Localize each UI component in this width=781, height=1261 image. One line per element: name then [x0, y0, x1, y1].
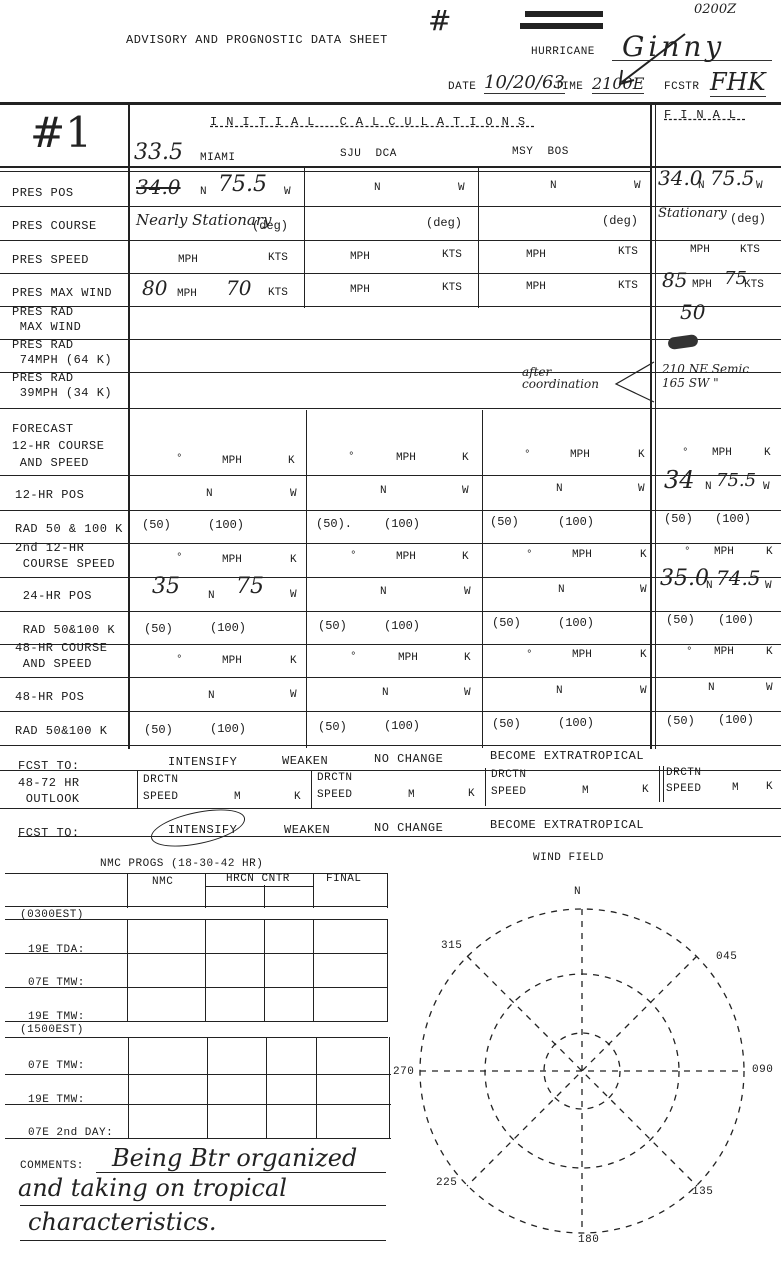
degree-symbol: °	[526, 549, 533, 561]
degree-symbol: °	[176, 552, 183, 564]
pres-pos-lat-struck: 34.0	[136, 175, 181, 199]
drctn-label: DRCTN	[143, 774, 179, 786]
speed-label: SPEED	[317, 789, 353, 801]
col-header-sju-dca: SJU DCA	[340, 148, 397, 160]
kts-label: KTS	[744, 279, 764, 291]
mph-label: MPH	[177, 288, 197, 300]
k-label: K	[640, 649, 647, 661]
hash-mark: #	[428, 4, 451, 37]
wind-field-diagram	[390, 880, 781, 1261]
wind-label-180: 180	[578, 1234, 599, 1246]
nmc-line	[5, 1074, 391, 1075]
rad-100-label: (100)	[210, 722, 246, 736]
row-line	[0, 339, 781, 340]
n-label: N	[556, 483, 563, 495]
nmc-vline	[207, 1037, 208, 1138]
degree-symbol: °	[684, 546, 691, 558]
mph-label: MPH	[222, 455, 242, 467]
kts-label: KTS	[618, 280, 638, 292]
nmc-line	[5, 1037, 388, 1038]
row-label-pres-rad-74: PRES RAD 74MPH (64 K)	[12, 338, 112, 368]
n-label: N	[550, 180, 557, 192]
nmc-vline	[313, 919, 314, 1021]
m-label: M	[732, 782, 739, 794]
rad-50-label: (50)	[492, 717, 521, 731]
label-column-divider	[128, 103, 130, 749]
after-coordination-note: after coordination	[522, 366, 612, 390]
rad-100-label: (100)	[208, 518, 244, 532]
row-line	[0, 745, 781, 746]
degree-symbol: °	[350, 651, 357, 663]
rad-100-label: (100)	[558, 716, 594, 730]
k-label: K	[766, 646, 773, 658]
mph-label: MPH	[396, 551, 416, 563]
fcst1-option-weaken[interactable]: WEAKEN	[282, 754, 328, 768]
row-label-2nd-12hr: 2nd 12-HR COURSE SPEED	[15, 540, 115, 572]
rad-100-label: (100)	[558, 616, 594, 630]
rad-50-label: (50)	[144, 723, 173, 737]
w-label: W	[462, 485, 469, 497]
col-divider-2a	[478, 168, 479, 308]
drctn-label: DRCTN	[317, 772, 353, 784]
final-column-divider-left	[650, 103, 652, 749]
final-column-divider-right	[655, 103, 656, 749]
mph-label: MPH	[572, 649, 592, 661]
n-label: N	[706, 580, 713, 592]
rad-50-label: (50).	[316, 517, 352, 531]
n-label: N	[556, 685, 563, 697]
fcst2-option-weaken[interactable]: WEAKEN	[284, 823, 330, 837]
w-label: W	[290, 488, 297, 500]
bracket-arrow-icon	[610, 360, 658, 404]
speed-label: SPEED	[666, 783, 702, 795]
kts-label: KTS	[442, 249, 462, 261]
m-label: M	[234, 791, 241, 803]
n-label: N	[382, 687, 389, 699]
mph-label: MPH	[714, 646, 734, 658]
row-label-forecast-12hr: FORECAST 12-HR COURSE AND SPEED	[12, 421, 104, 472]
w-label: W	[638, 483, 645, 495]
row-label-rad-50-100: RAD 50 & 100 K	[15, 522, 123, 536]
row-line	[0, 808, 781, 809]
fcstr-label: FCSTR	[664, 81, 700, 93]
row-label-pres-rad-39: PRES RAD 39MPH (34 K)	[12, 371, 112, 401]
nmc-vline	[128, 1037, 129, 1138]
wind-label-270: 270	[393, 1066, 414, 1078]
nmc-vline	[316, 1037, 317, 1138]
w-label: W	[464, 687, 471, 699]
k-label: K	[290, 655, 297, 667]
fcst-to-label-2: FCST TO:	[18, 826, 80, 840]
rad-100-label: (100)	[715, 512, 751, 526]
n-label: N	[705, 481, 712, 493]
w-label: W	[765, 580, 772, 592]
row-line	[0, 543, 781, 544]
mph-label: MPH	[350, 251, 370, 263]
rad-100-label: (100)	[718, 613, 754, 627]
fcst2-option-no-change[interactable]: NO CHANGE	[374, 821, 443, 835]
speed-label: SPEED	[491, 786, 527, 798]
row-label-pres-course: PRES COURSE	[12, 219, 97, 233]
w-label: W	[284, 186, 291, 198]
k-label: K	[638, 449, 645, 461]
w-label: W	[640, 584, 647, 596]
final-12hr-lon[interactable]: 75.5	[716, 470, 756, 491]
k-label: K	[764, 447, 771, 459]
table-top-border	[0, 102, 781, 105]
nmc-vline	[205, 873, 206, 908]
nmc-header-hrcn-cntr: HRCN CNTR	[226, 873, 290, 885]
outlook-divider	[137, 770, 138, 808]
date-field[interactable]: 10/20/63	[484, 72, 565, 94]
n-label: N	[380, 586, 387, 598]
degree-symbol: °	[350, 550, 357, 562]
row-line	[0, 408, 781, 409]
nmc-vline	[127, 873, 128, 908]
nmc-row-19e-tda: 19E TDA:	[28, 944, 85, 956]
row-label-rad-50-100-24: RAD 50&100 K	[15, 623, 115, 637]
nmc-vline	[387, 873, 388, 908]
wind-label-225: 225	[436, 1177, 457, 1189]
degree-symbol: °	[176, 654, 183, 666]
hurricane-label: HURRICANE	[531, 46, 595, 58]
w-label: W	[464, 586, 471, 598]
outlook-divider	[663, 766, 664, 802]
mph-label: MPH	[350, 284, 370, 296]
comments-label: COMMENTS:	[20, 1160, 84, 1172]
fcst1-option-intensify[interactable]: INTENSIFY	[168, 755, 237, 769]
n-label: N	[208, 590, 215, 602]
mph-label: MPH	[222, 655, 242, 667]
rad-50-label: (50)	[490, 515, 519, 529]
nmc-vline	[264, 885, 265, 908]
n-label: N	[208, 690, 215, 702]
w-label: W	[290, 589, 297, 601]
mph-label: MPH	[712, 447, 732, 459]
mph-label: MPH	[178, 254, 198, 266]
degree-symbol: °	[686, 646, 693, 658]
comment-line	[20, 1240, 386, 1241]
rad-50-label: (50)	[664, 512, 693, 526]
degree-symbol: °	[348, 451, 355, 463]
mph-label: MPH	[690, 244, 710, 256]
deg-label: (deg)	[426, 216, 462, 230]
n-label: N	[200, 186, 207, 198]
w-label: W	[763, 481, 770, 493]
rad-100-label: (100)	[384, 517, 420, 531]
mph-label: MPH	[692, 279, 712, 291]
mph-label: MPH	[714, 546, 734, 558]
pres-pos-lon-miami[interactable]: 75.5	[218, 172, 267, 197]
nmc-vline	[387, 919, 388, 1021]
k-label: K	[640, 549, 647, 561]
rad-100-label: (100)	[558, 515, 594, 529]
final-pres-pos-lat[interactable]: 34.0	[658, 166, 703, 190]
nmc-header-final: FINAL	[326, 873, 362, 885]
n-label: N	[374, 182, 381, 194]
k-label: K	[766, 546, 773, 558]
max-wind-kts-miami[interactable]: 70	[226, 276, 251, 300]
drctn-label: DRCTN	[666, 767, 702, 779]
w-label: W	[458, 182, 465, 194]
k-label: K	[642, 784, 649, 796]
time-label: TIME	[555, 81, 583, 93]
nmc-vline	[127, 919, 128, 1021]
nmc-group-1500: (1500EST)	[20, 1024, 84, 1036]
k-label: K	[462, 551, 469, 563]
kts-label: KTS	[618, 246, 638, 258]
k-label: K	[468, 788, 475, 800]
degree-symbol: °	[682, 447, 689, 459]
rad-50-label: (50)	[318, 619, 347, 633]
w-label: W	[290, 689, 297, 701]
col-divider-1a	[304, 168, 305, 308]
row-line	[0, 711, 781, 712]
date-label: DATE	[448, 81, 476, 93]
deg-label: (deg)	[602, 214, 638, 228]
mph-label: MPH	[526, 281, 546, 293]
deg-label: (deg)	[252, 219, 288, 233]
handwritten-lat: 33.5	[134, 140, 183, 165]
row-line	[18, 836, 781, 837]
kts-label: KTS	[442, 282, 462, 294]
speed-label: SPEED	[143, 791, 179, 803]
mph-label: MPH	[398, 652, 418, 664]
row-line	[0, 677, 781, 678]
final-pres-course[interactable]: Stationary	[658, 206, 727, 221]
n-label: N	[698, 180, 705, 192]
final-12hr-lat[interactable]: 34	[664, 466, 695, 494]
comments-line-1[interactable]: Being Btr organized	[112, 1144, 357, 1172]
heading-divider-2	[0, 171, 650, 172]
nmc-line	[5, 919, 388, 920]
rad-50-label: (50)	[142, 518, 171, 532]
rad-100-label: (100)	[384, 719, 420, 733]
row-label-pres-rad-max-wind: PRES RAD MAX WIND	[12, 305, 81, 335]
final-rad-74-scribbled	[667, 334, 698, 350]
nmc-row-07e-tmw-2: 07E TMW:	[28, 1060, 85, 1072]
mph-label: MPH	[396, 452, 416, 464]
k-label: K	[464, 652, 471, 664]
k-label: K	[766, 781, 773, 793]
comments-line-3[interactable]: characteristics.	[28, 1208, 216, 1236]
final-rad-max-wind[interactable]: 50	[680, 300, 705, 324]
final-24hr-lon[interactable]: 74.5	[716, 566, 761, 590]
nmc-vline	[205, 919, 206, 1021]
k-label: K	[290, 554, 297, 566]
nmc-header-nmc: NMC	[152, 876, 173, 888]
mph-label: MPH	[526, 249, 546, 261]
final-heading: FINAL	[664, 108, 745, 122]
kts-label: KTS	[268, 252, 288, 264]
row-label-48hr-course: 48-HR COURSE AND SPEED	[15, 640, 107, 672]
final-max-wind-mph[interactable]: 85	[662, 268, 687, 292]
n-label: N	[708, 682, 715, 694]
row-line	[0, 644, 781, 645]
nmc-line	[5, 1138, 391, 1139]
drctn-label: DRCTN	[491, 769, 527, 781]
struck-trop-dep	[525, 11, 603, 17]
nmc-line	[5, 953, 388, 954]
fcstr-field[interactable]: FHK	[710, 68, 766, 97]
rad-100-label: (100)	[384, 619, 420, 633]
rad-50-label: (50)	[492, 616, 521, 630]
wind-label-315: 315	[441, 940, 462, 952]
row-line	[0, 306, 781, 307]
comments-line-2[interactable]: and taking on tropical	[18, 1174, 287, 1202]
kts-label: KTS	[268, 287, 288, 299]
initial-calculations-heading: INITIAL CALCULATIONS	[210, 115, 534, 129]
nmc-vline	[264, 919, 265, 1021]
outlook-divider	[659, 766, 660, 802]
row-line	[0, 240, 781, 241]
struck-trop-storm	[520, 23, 603, 29]
fcst2-option-intensify[interactable]: INTENSIFY	[168, 823, 237, 837]
k-label: K	[462, 452, 469, 464]
w-label: W	[766, 682, 773, 694]
advisory-number: #1	[30, 108, 92, 157]
n-label: N	[558, 584, 565, 596]
fcst1-option-no-change[interactable]: NO CHANGE	[374, 752, 443, 766]
24hr-lon-miami[interactable]: 75	[236, 574, 264, 599]
degree-symbol: °	[526, 649, 533, 661]
m-label: M	[582, 785, 589, 797]
row-label-12hr-pos: 12-HR POS	[15, 488, 84, 502]
w-label: W	[640, 685, 647, 697]
degree-symbol: °	[524, 449, 531, 461]
max-wind-mph-miami[interactable]: 80	[142, 276, 167, 300]
final-rad-39[interactable]: 210 NE Semic 165 SW "	[662, 362, 749, 390]
nmc-vline	[313, 873, 314, 908]
wind-label-135: 135	[692, 1186, 713, 1198]
m-label: M	[408, 789, 415, 801]
time-field[interactable]: 2100E	[592, 74, 644, 94]
outlook-divider	[485, 768, 486, 806]
col-header-miami: MIAMI	[200, 152, 236, 164]
deg-label: (deg)	[730, 212, 766, 226]
final-pres-pos-lon[interactable]: 75.5	[710, 166, 755, 190]
row-label-24hr-pos: 24-HR POS	[15, 589, 92, 603]
k-label: K	[288, 455, 295, 467]
rad-50-label: (50)	[318, 720, 347, 734]
24hr-lat-miami[interactable]: 35	[152, 574, 180, 599]
row-line	[0, 510, 781, 511]
row-label-pres-max-wind: PRES MAX WIND	[12, 286, 112, 300]
nmc-progs-title: NMC PROGS (18-30-42 HR)	[100, 858, 263, 870]
row-label-48hr-pos: 48-HR POS	[15, 690, 84, 704]
fcst2-option-extratropical[interactable]: BECOME EXTRATROPICAL	[490, 818, 644, 832]
sheet-title: ADVISORY AND PROGNOSTIC DATA SHEET	[126, 33, 388, 47]
nmc-line	[5, 1104, 391, 1105]
col-header-msy-bos: MSY BOS	[512, 146, 569, 158]
outlook-divider	[311, 770, 312, 808]
mph-label: MPH	[570, 449, 590, 461]
rad-50-label: (50)	[666, 613, 695, 627]
mph-label: MPH	[572, 549, 592, 561]
row-label-rad-50-100-48: RAD 50&100 K	[15, 724, 107, 738]
wind-field-title: WIND FIELD	[533, 852, 604, 864]
fcst1-option-extratropical[interactable]: BECOME EXTRATROPICAL	[490, 749, 644, 763]
final-24hr-lat[interactable]: 35.0	[660, 566, 709, 591]
w-label: W	[634, 180, 641, 192]
degree-symbol: °	[176, 453, 183, 465]
nmc-vline	[266, 1037, 267, 1138]
wind-label-n: N	[574, 886, 581, 898]
row-label-pres-speed: PRES SPEED	[12, 253, 89, 267]
outlook-label: 48-72 HR OUTLOOK	[18, 775, 80, 807]
k-label: K	[294, 791, 301, 803]
comment-line	[20, 1205, 386, 1206]
rad-50-label: (50)	[144, 622, 173, 636]
rad-100-label: (100)	[718, 713, 754, 727]
kts-label: KTS	[740, 244, 760, 256]
nmc-line	[5, 1021, 388, 1022]
w-label: W	[756, 180, 763, 192]
rad-50-label: (50)	[666, 714, 695, 728]
mph-label: MPH	[222, 554, 242, 566]
n-label: N	[380, 485, 387, 497]
col-divider-1b	[306, 410, 307, 748]
row-label-pres-pos: PRES POS	[12, 186, 74, 200]
col-divider-2b	[482, 410, 483, 748]
nmc-line	[5, 987, 388, 988]
n-label: N	[206, 488, 213, 500]
row-line	[0, 611, 781, 612]
nmc-line	[205, 886, 313, 887]
wind-label-090: 090	[752, 1064, 773, 1076]
comment-line	[96, 1172, 386, 1173]
annotation-time: 0200Z	[694, 2, 736, 17]
wind-label-045: 045	[716, 951, 737, 963]
rad-100-label: (100)	[210, 621, 246, 635]
nmc-line	[5, 906, 388, 907]
